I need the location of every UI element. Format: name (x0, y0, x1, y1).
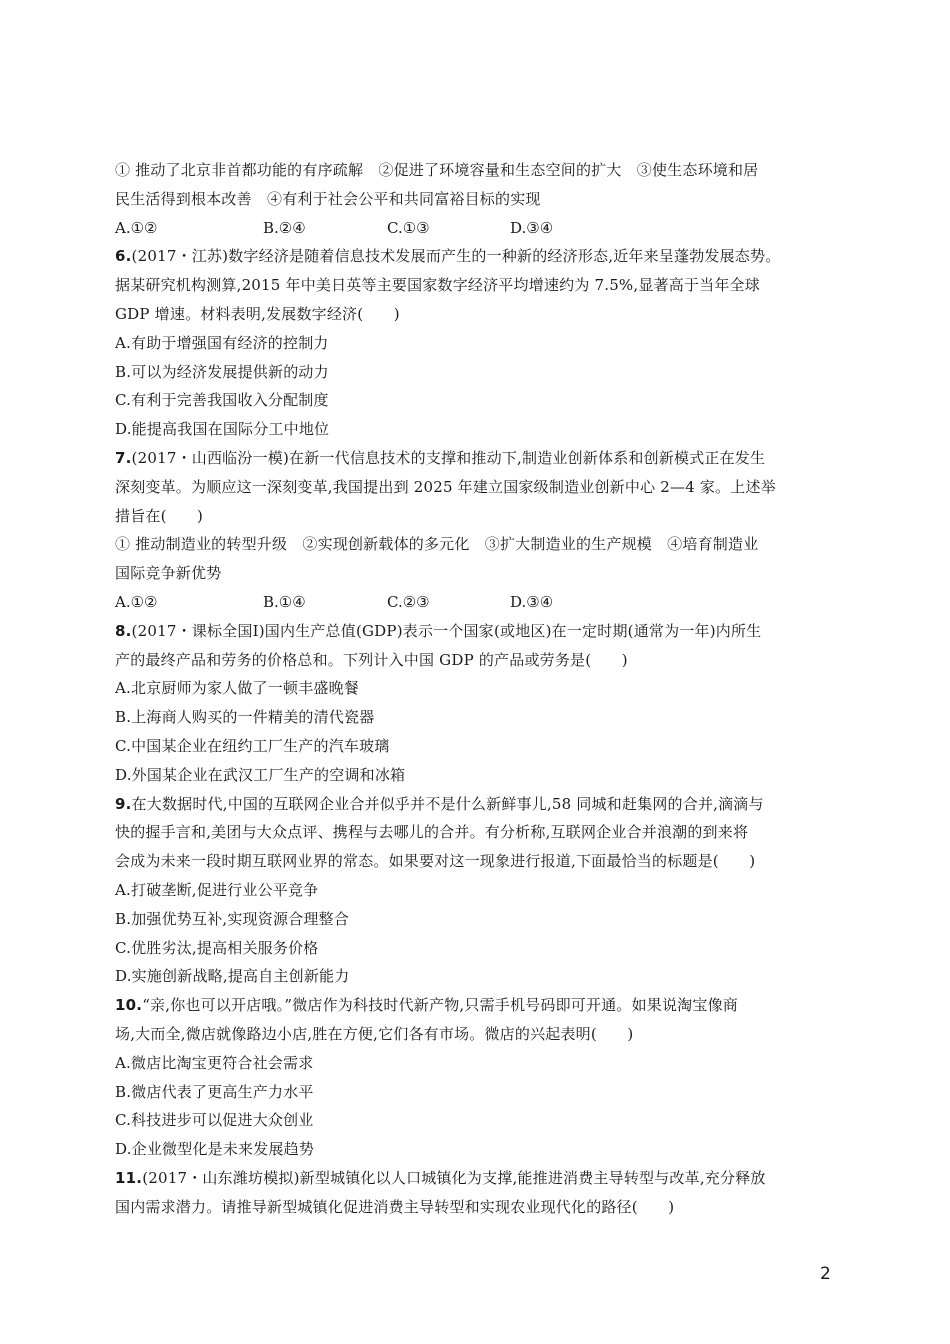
question-stem-line: 11.(2017・山东潍坊模拟)新型城镇化以人口城镇化为支撑,能推进消费主导转型… (115, 1164, 840, 1193)
options-row: A.①② B.②④ C.①③ D.③④ (115, 214, 840, 243)
option-d: D.企业微型化是未来发展趋势 (115, 1135, 840, 1164)
question-stem-line: 产的最终产品和劳务的价格总和。下列计入中国 GDP 的产品或劳务是( ) (115, 646, 840, 675)
statement-line: 国际竞争新优势 (115, 559, 840, 588)
option-b: B.②④ (263, 214, 306, 243)
option-a: A.微店比淘宝更符合社会需求 (115, 1049, 840, 1078)
question-9: 9.在大数据时代,中国的互联网企业合并似乎并不是什么新鲜事儿,58 同城和赶集网… (115, 790, 840, 992)
option-d: D.实施创新战略,提高自主创新能力 (115, 962, 840, 991)
question-8: 8.(2017・课标全国Ⅰ)国内生产总值(GDP)表示一个国家(或地区)在一定时… (115, 617, 840, 790)
option-a: A.北京厨师为家人做了一顿丰盛晚餐 (115, 674, 840, 703)
option-a: A.有助于增强国有经济的控制力 (115, 329, 840, 358)
option-d: D.③④ (510, 588, 553, 617)
stem-text: (2017・江苏)数字经济是随着信息技术发展而产生的一种新的经济形态,近年来呈蓬… (132, 247, 781, 265)
question-number: 7. (115, 449, 132, 467)
question-stem-line: 8.(2017・课标全国Ⅰ)国内生产总值(GDP)表示一个国家(或地区)在一定时… (115, 617, 840, 646)
question-stem-line: 措旨在( ) (115, 502, 840, 531)
question-number: 6. (115, 247, 132, 265)
question-5-continuation: ① 推动了北京非首都功能的有序疏解 ②促进了环境容量和生态空间的扩大 ③使生态环… (115, 156, 840, 242)
stem-text: (2017・山东潍坊模拟)新型城镇化以人口城镇化为支撑,能推进消费主导转型与改革… (142, 1169, 765, 1187)
question-number: 10. (115, 996, 142, 1014)
option-b: B.加强优势互补,实现资源合理整合 (115, 905, 840, 934)
page-number: 2 (820, 1264, 831, 1284)
option-c: C.②③ (387, 588, 430, 617)
statement-line: ① 推动制造业的转型升级 ②实现创新载体的多元化 ③扩大制造业的生产规模 ④培育… (115, 530, 840, 559)
option-b: B.①④ (263, 588, 306, 617)
option-a: A.①② (115, 214, 158, 243)
option-b: B.可以为经济发展提供新的动力 (115, 358, 840, 387)
question-number: 8. (115, 622, 132, 640)
option-c: C.①③ (387, 214, 430, 243)
question-stem-line: 9.在大数据时代,中国的互联网企业合并似乎并不是什么新鲜事儿,58 同城和赶集网… (115, 790, 840, 819)
statement-line: ① 推动了北京非首都功能的有序疏解 ②促进了环境容量和生态空间的扩大 ③使生态环… (115, 156, 840, 185)
question-stem-line: 快的握手言和,美团与大众点评、携程与去哪儿的合并。有分析称,互联网企业合并浪潮的… (115, 818, 840, 847)
question-stem-line: 据某研究机构测算,2015 年中美日英等主要国家数字经济平均增速约为 7.5%,… (115, 271, 840, 300)
question-6: 6.(2017・江苏)数字经济是随着信息技术发展而产生的一种新的经济形态,近年来… (115, 242, 840, 444)
option-c: C.科技进步可以促进大众创业 (115, 1106, 840, 1135)
stem-text: 在大数据时代,中国的互联网企业合并似乎并不是什么新鲜事儿,58 同城和赶集网的合… (132, 795, 764, 813)
question-stem-line: 10.“亲,你也可以开店哦。”微店作为科技时代新产物,只需手机号码即可开通。如果… (115, 991, 840, 1020)
stem-text: “亲,你也可以开店哦。”微店作为科技时代新产物,只需手机号码即可开通。如果说淘宝… (142, 996, 738, 1014)
option-b: B.上海商人购买的一件精美的清代瓷器 (115, 703, 840, 732)
question-stem-line: 场,大而全,微店就像路边小店,胜在方便,它们各有市场。微店的兴起表明( ) (115, 1020, 840, 1049)
option-c: C.有利于完善我国收入分配制度 (115, 386, 840, 415)
question-stem-line: 会成为未来一段时期互联网业界的常态。如果要对这一现象进行报道,下面最恰当的标题是… (115, 847, 840, 876)
option-c: C.中国某企业在纽约工厂生产的汽车玻璃 (115, 732, 840, 761)
question-stem-line: 6.(2017・江苏)数字经济是随着信息技术发展而产生的一种新的经济形态,近年来… (115, 242, 840, 271)
option-a: A.打破垄断,促进行业公平竞争 (115, 876, 840, 905)
option-c: C.优胜劣汰,提高相关服务价格 (115, 934, 840, 963)
question-stem-line: 国内需求潜力。请推导新型城镇化促进消费主导转型和实现农业现代化的路径( ) (115, 1193, 840, 1222)
option-b: B.微店代表了更高生产力水平 (115, 1078, 840, 1107)
question-10: 10.“亲,你也可以开店哦。”微店作为科技时代新产物,只需手机号码即可开通。如果… (115, 991, 840, 1164)
question-stem-line: 7.(2017・山西临汾一模)在新一代信息技术的支撑和推动下,制造业创新体系和创… (115, 444, 840, 473)
question-number: 11. (115, 1169, 142, 1187)
question-stem-line: 深刻变革。为顺应这一深刻变革,我国提出到 2025 年建立国家级制造业创新中心 … (115, 473, 840, 502)
question-7: 7.(2017・山西临汾一模)在新一代信息技术的支撑和推动下,制造业创新体系和创… (115, 444, 840, 617)
document-page-body: ① 推动了北京非首都功能的有序疏解 ②促进了环境容量和生态空间的扩大 ③使生态环… (115, 156, 840, 1221)
option-d: D.能提高我国在国际分工中地位 (115, 415, 840, 444)
stem-text: (2017・课标全国Ⅰ)国内生产总值(GDP)表示一个国家(或地区)在一定时期(… (132, 622, 762, 640)
option-a: A.①② (115, 588, 158, 617)
option-d: D.③④ (510, 214, 553, 243)
statement-line: 民生活得到根本改善 ④有利于社会公平和共同富裕目标的实现 (115, 185, 840, 214)
question-11: 11.(2017・山东潍坊模拟)新型城镇化以人口城镇化为支撑,能推进消费主导转型… (115, 1164, 840, 1222)
stem-text: (2017・山西临汾一模)在新一代信息技术的支撑和推动下,制造业创新体系和创新模… (132, 449, 766, 467)
question-stem-line: GDP 增速。材料表明,发展数字经济( ) (115, 300, 840, 329)
option-d: D.外国某企业在武汉工厂生产的空调和冰箱 (115, 761, 840, 790)
question-number: 9. (115, 795, 132, 813)
options-row: A.①② B.①④ C.②③ D.③④ (115, 588, 840, 617)
